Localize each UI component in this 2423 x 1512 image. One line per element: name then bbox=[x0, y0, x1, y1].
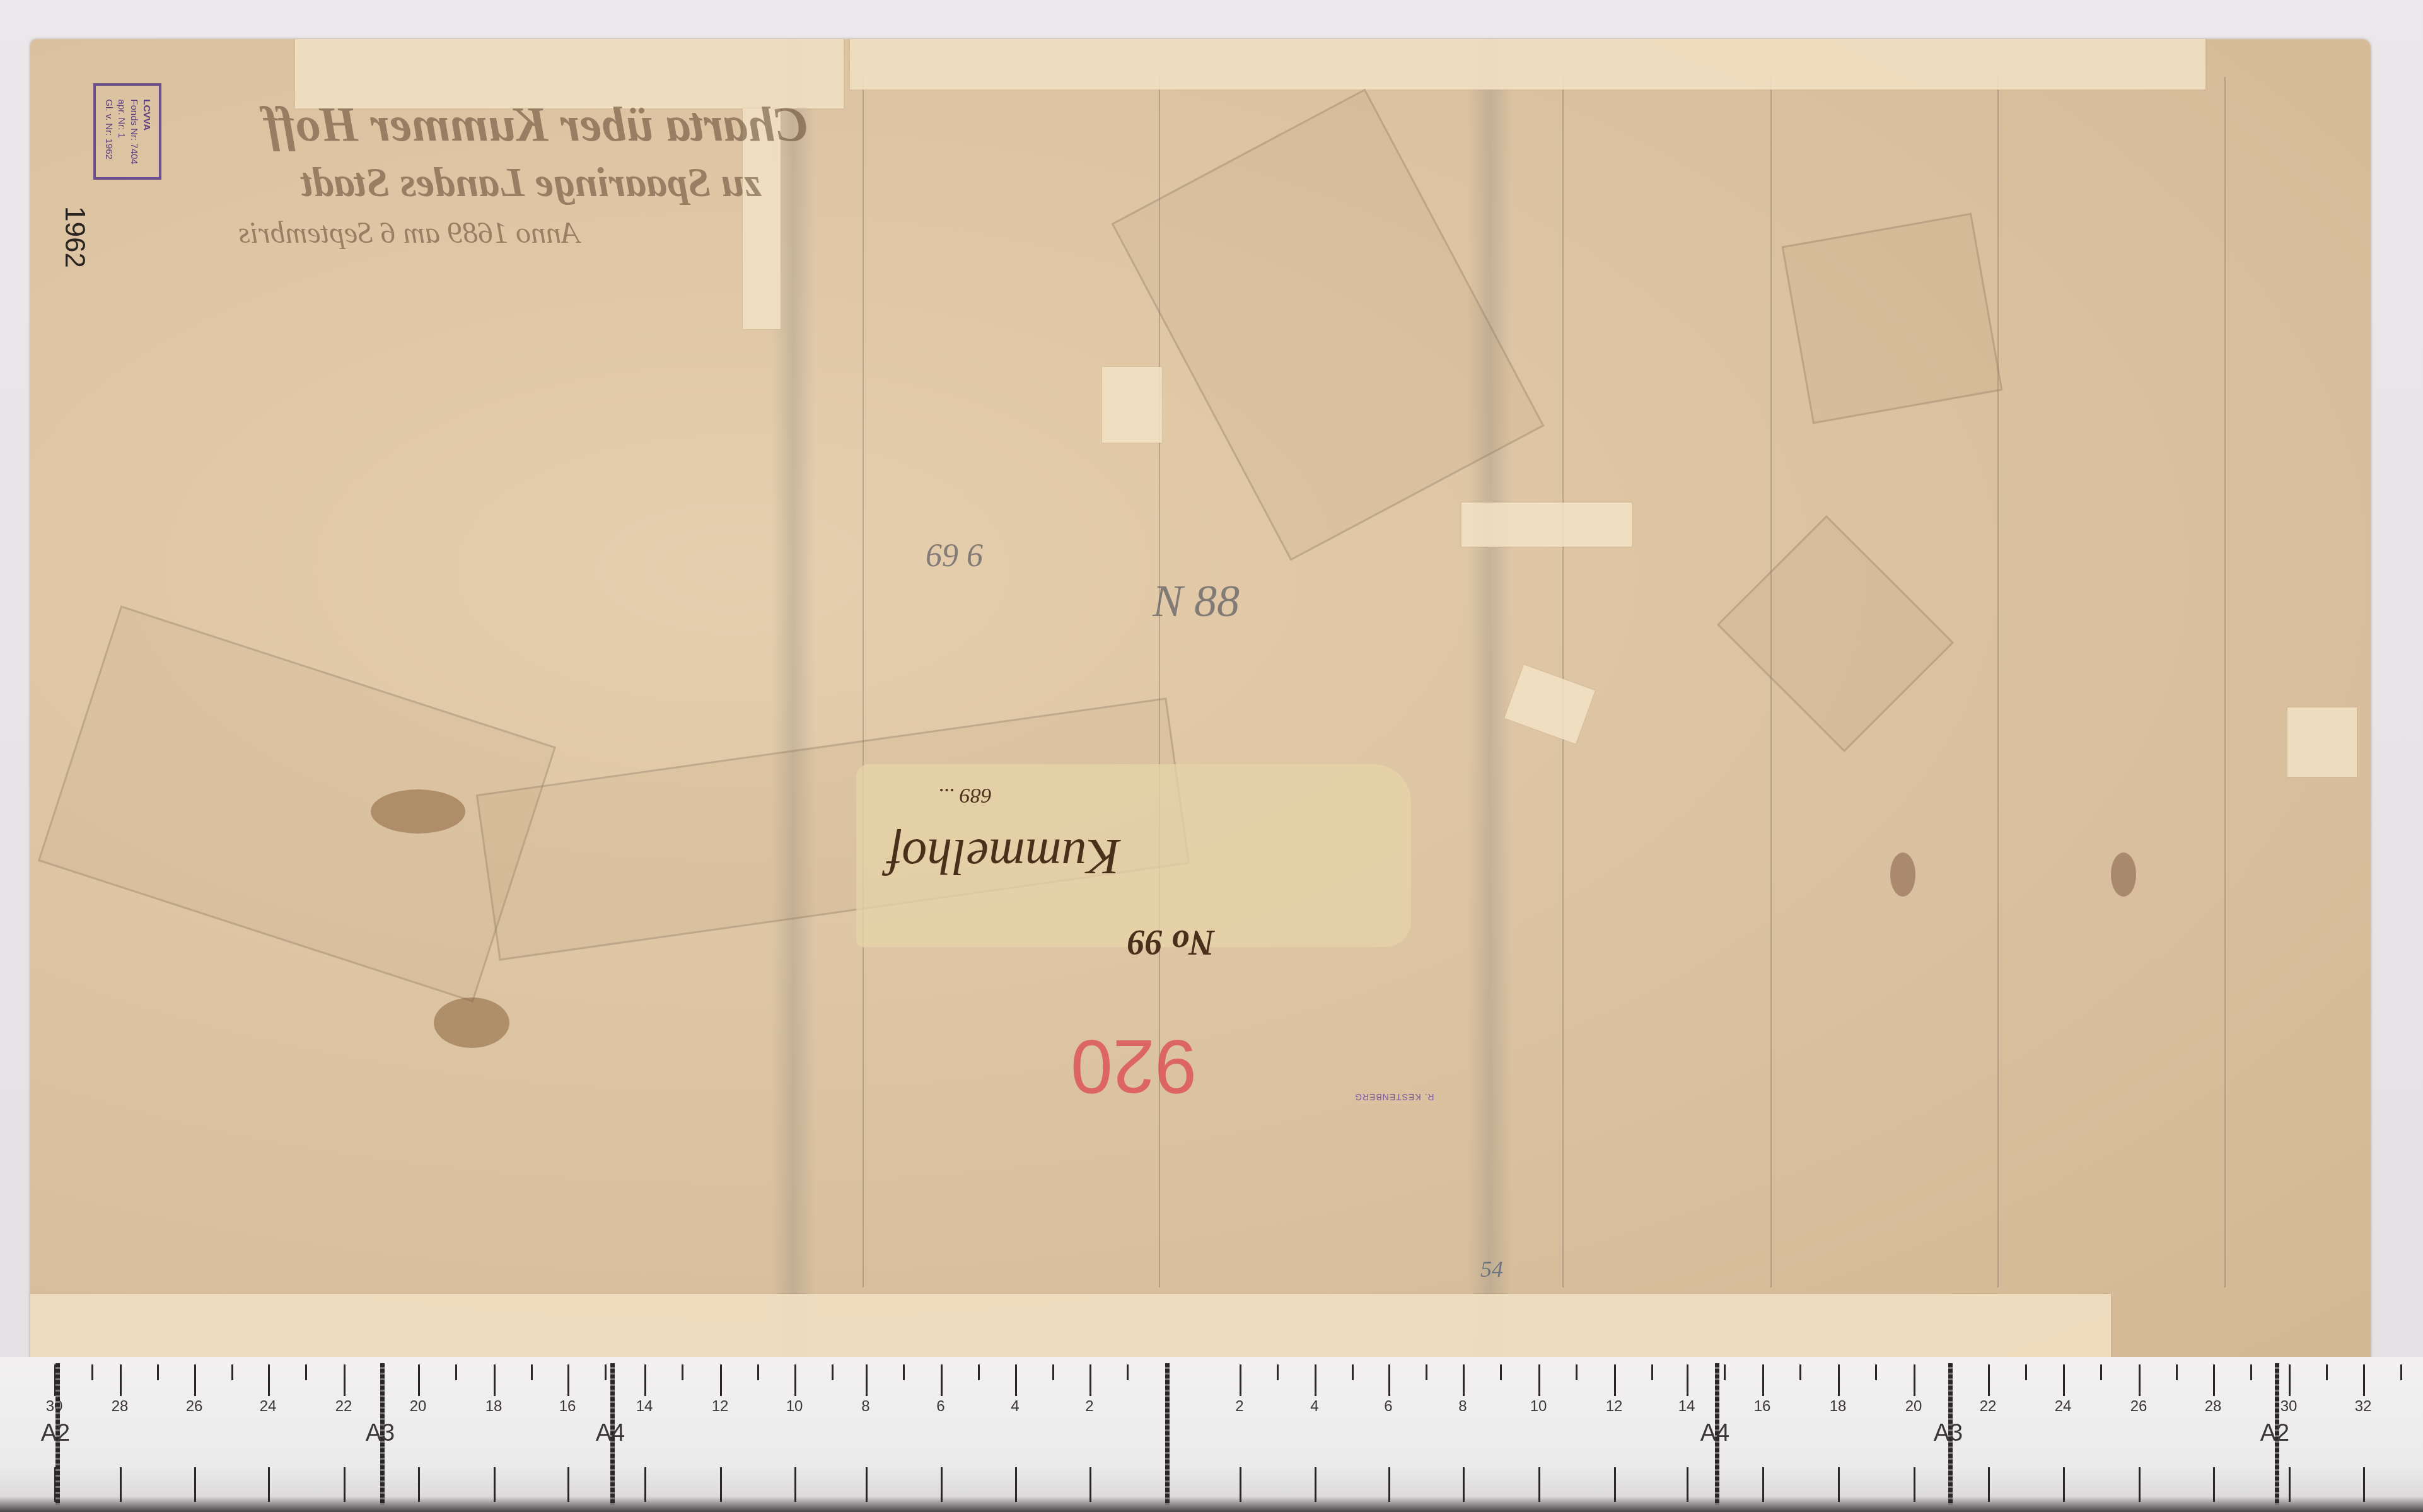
stain bbox=[2111, 852, 2136, 897]
paper-format-label: A4 bbox=[1700, 1420, 1729, 1447]
ruler-tick bbox=[1240, 1467, 1241, 1502]
ruler-tick bbox=[1687, 1467, 1688, 1502]
ruler-minor-tick bbox=[1799, 1364, 1801, 1380]
paper-format-label: A3 bbox=[366, 1420, 395, 1447]
ruler-minor-tick bbox=[231, 1364, 233, 1380]
ruler-tick bbox=[1914, 1467, 1915, 1502]
heading-line-1: Charta über Kummer Hoff bbox=[264, 96, 808, 153]
ruler-tick-label: 2 bbox=[1085, 1398, 1093, 1416]
ruler-tick bbox=[268, 1467, 270, 1502]
ruler-tick-label: 4 bbox=[1310, 1398, 1318, 1416]
map-parcel bbox=[1717, 515, 1954, 752]
ruler-tick bbox=[1089, 1467, 1091, 1502]
ruler-minor-tick bbox=[2250, 1364, 2252, 1380]
tape-strip bbox=[30, 1294, 2111, 1363]
ruler-tick bbox=[194, 1364, 196, 1396]
ruler-tick-label: 32 bbox=[2355, 1398, 2372, 1416]
label-main-text: Kummelhof bbox=[888, 827, 1120, 885]
ruler-tick bbox=[2213, 1364, 2215, 1396]
archive-number: 1962 bbox=[59, 206, 90, 268]
ruler-tick bbox=[418, 1467, 420, 1502]
ruler-minor-tick bbox=[2025, 1364, 2027, 1380]
ruler-minor-tick bbox=[978, 1364, 980, 1380]
ruler-tick-label: 2 bbox=[1235, 1398, 1243, 1416]
stamp-glv: Gl. v. Nr: 1962 bbox=[102, 99, 115, 164]
ruler-tick bbox=[344, 1364, 346, 1396]
ruler-tick bbox=[494, 1467, 496, 1502]
ruler-tick bbox=[1388, 1364, 1390, 1396]
ruler-tick bbox=[794, 1467, 796, 1502]
ruler-tick-label: 6 bbox=[936, 1398, 944, 1416]
document-sheet: LCVVA Fonds Nr: 7404 apr. Nr: 1 Gl. v. N… bbox=[30, 39, 2371, 1363]
fold-line bbox=[1468, 39, 1512, 1363]
ruler-tick bbox=[494, 1364, 496, 1396]
ruler-tick bbox=[720, 1467, 722, 1502]
ruler-tick bbox=[567, 1364, 569, 1396]
ruler-tick bbox=[1538, 1467, 1540, 1502]
ruler-minor-tick bbox=[305, 1364, 307, 1380]
ruler-minor-tick bbox=[682, 1364, 683, 1380]
ruler-tick bbox=[1015, 1467, 1017, 1502]
paper-format-label: A2 bbox=[41, 1420, 70, 1447]
ruler-tick bbox=[1315, 1364, 1316, 1396]
ruler-tick bbox=[1988, 1467, 1990, 1502]
ruler-tick bbox=[2063, 1467, 2065, 1502]
ruler-tick bbox=[2289, 1364, 2291, 1396]
ruler-tick bbox=[1914, 1364, 1915, 1396]
ruler-tick bbox=[2213, 1467, 2215, 1502]
tape-strip bbox=[850, 39, 2205, 90]
ruler-tick bbox=[1687, 1364, 1688, 1396]
ruler-tick bbox=[866, 1364, 868, 1396]
ruler-tick-label: 10 bbox=[1530, 1398, 1547, 1416]
ruler-tick bbox=[418, 1364, 420, 1396]
paper-format-label: A4 bbox=[596, 1420, 625, 1447]
ruler-tick bbox=[1838, 1364, 1840, 1396]
ruler-minor-tick bbox=[2176, 1364, 2178, 1380]
ruler-minor-tick bbox=[2100, 1364, 2102, 1380]
ruler-tick-label: 24 bbox=[260, 1398, 277, 1416]
ruler-tick bbox=[1614, 1467, 1616, 1502]
ruler-tick bbox=[1388, 1467, 1390, 1502]
ruler-minor-tick bbox=[2326, 1364, 2328, 1380]
ruler-tick bbox=[1015, 1364, 1017, 1396]
ruler-minor-tick bbox=[1426, 1364, 1427, 1380]
ruler-tick-label: 16 bbox=[559, 1398, 576, 1416]
measurement-ruler: 3028262422201816141210864224681012141618… bbox=[0, 1357, 2423, 1512]
ruler-tick bbox=[1762, 1364, 1764, 1396]
ruler-tick bbox=[1463, 1364, 1465, 1396]
ruler-tick-label: 8 bbox=[861, 1398, 869, 1416]
ruler-tick bbox=[268, 1364, 270, 1396]
heading-line-2: zu Spaaringe Landes Stadt bbox=[301, 159, 760, 207]
ruler-tick bbox=[1988, 1364, 1990, 1396]
ruler-tick-label: 18 bbox=[1830, 1398, 1847, 1416]
ruler-tick-label: 26 bbox=[2130, 1398, 2147, 1416]
ruler-tick-label: 24 bbox=[2055, 1398, 2072, 1416]
ruler-tick-label: 22 bbox=[1980, 1398, 1997, 1416]
ruler-minor-tick bbox=[1576, 1364, 1578, 1380]
stain bbox=[434, 997, 509, 1048]
ruler-minor-tick bbox=[157, 1364, 159, 1380]
ruler-tick bbox=[941, 1467, 943, 1502]
ruler-minor-tick bbox=[2400, 1364, 2402, 1380]
ruler-tick-label: 4 bbox=[1011, 1398, 1019, 1416]
ruler-minor-tick bbox=[531, 1364, 533, 1380]
ruler-tick-label: 30 bbox=[2281, 1398, 2298, 1416]
ruler-tick bbox=[1089, 1364, 1091, 1396]
heading-line-3: Anno 1689 am 6 Septembris bbox=[238, 216, 579, 250]
ruler-minor-tick bbox=[91, 1364, 93, 1380]
ruler-tick bbox=[1463, 1467, 1465, 1502]
ruler-minor-tick bbox=[1724, 1364, 1726, 1380]
paper-format-marker bbox=[1165, 1363, 1170, 1505]
ruler-tick bbox=[2363, 1364, 2365, 1396]
ruler-tick bbox=[720, 1364, 722, 1396]
ruler-tick bbox=[1762, 1467, 1764, 1502]
paper-format-label: A2 bbox=[2260, 1420, 2289, 1447]
tape-patch bbox=[1504, 665, 1595, 744]
label-sub-text: 689 ... bbox=[938, 783, 992, 807]
ruler-tick bbox=[941, 1364, 943, 1396]
ruler-tick bbox=[2363, 1467, 2365, 1502]
ruler-tick-label: 6 bbox=[1384, 1398, 1392, 1416]
ruler-tick-label: 14 bbox=[1678, 1398, 1695, 1416]
pencil-grid-line bbox=[863, 77, 864, 1288]
ruler-minor-tick bbox=[903, 1364, 905, 1380]
ruler-tick bbox=[1538, 1364, 1540, 1396]
tape-patch bbox=[2287, 707, 2357, 777]
pencil-grid-line bbox=[1770, 77, 1772, 1288]
ruler-minor-tick bbox=[1352, 1364, 1354, 1380]
ruler-tick bbox=[1315, 1467, 1316, 1502]
ruler-tick-label: 20 bbox=[410, 1398, 427, 1416]
paper-format-label: A3 bbox=[1934, 1420, 1963, 1447]
stamp-fonds: Fonds Nr: 7404 bbox=[127, 99, 140, 164]
ruler-tick bbox=[194, 1467, 196, 1502]
ruler-tick bbox=[1240, 1364, 1241, 1396]
ruler-tick-label: 10 bbox=[786, 1398, 803, 1416]
ruler-tick-label: 22 bbox=[335, 1398, 352, 1416]
ruler-tick bbox=[794, 1364, 796, 1396]
stain bbox=[1890, 852, 1915, 897]
ruler-tick bbox=[644, 1364, 646, 1396]
ruler-tick-label: 30 bbox=[46, 1398, 63, 1416]
small-purple-stamp: R. KESTENBERG bbox=[1354, 1092, 1434, 1102]
ruler-minor-tick bbox=[1651, 1364, 1653, 1380]
ruler-tick bbox=[2063, 1364, 2065, 1396]
ruler-tick bbox=[1838, 1467, 1840, 1502]
ruler-tick bbox=[120, 1467, 122, 1502]
ruler-tick bbox=[1614, 1364, 1616, 1396]
pencil-note-54: 54 bbox=[1480, 1256, 1503, 1282]
ruler-tick bbox=[344, 1467, 346, 1502]
ruler-minor-tick bbox=[832, 1364, 834, 1380]
pencil-note-n88: N 88 bbox=[1153, 575, 1240, 627]
ruler-tick-label: 20 bbox=[1905, 1398, 1922, 1416]
pencil-grid-line bbox=[1997, 77, 1999, 1288]
red-crayon-number: 920 bbox=[1071, 1023, 1197, 1110]
ruler-tick-label: 8 bbox=[1458, 1398, 1467, 1416]
stain bbox=[371, 789, 465, 834]
ruler-tick bbox=[2289, 1467, 2291, 1502]
ruler-minor-tick bbox=[1875, 1364, 1877, 1380]
pencil-note-69: 69 6 bbox=[926, 537, 983, 574]
archive-stamp: LCVVA Fonds Nr: 7404 apr. Nr: 1 Gl. v. N… bbox=[93, 83, 161, 180]
ruler-minor-tick bbox=[1500, 1364, 1502, 1380]
ruler-minor-tick bbox=[1052, 1364, 1054, 1380]
stamp-institution: LCVVA bbox=[140, 99, 153, 164]
ruler-tick-label: 18 bbox=[485, 1398, 503, 1416]
tape-patch bbox=[1102, 367, 1162, 443]
ruler-minor-tick bbox=[757, 1364, 759, 1380]
ruler-tick-label: 14 bbox=[636, 1398, 653, 1416]
ruler-tick-label: 12 bbox=[712, 1398, 729, 1416]
ruler-minor-tick bbox=[455, 1364, 457, 1380]
pencil-grid-line bbox=[2224, 77, 2226, 1288]
ruler-tick-label: 16 bbox=[1754, 1398, 1771, 1416]
ruler-minor-tick bbox=[605, 1364, 607, 1380]
map-parcel bbox=[1781, 213, 2002, 424]
ruler-tick bbox=[2139, 1467, 2141, 1502]
ruler-tick bbox=[2139, 1364, 2141, 1396]
ruler-tick-label: 12 bbox=[1606, 1398, 1623, 1416]
ruler-tick bbox=[866, 1467, 868, 1502]
ruler-minor-tick bbox=[1277, 1364, 1279, 1380]
stamp-apr: apr. Nr: 1 bbox=[115, 99, 127, 164]
ruler-minor-tick bbox=[1127, 1364, 1129, 1380]
label-number: No 99 bbox=[1127, 922, 1214, 962]
ruler-tick bbox=[120, 1364, 122, 1396]
ruler-tick-label: 28 bbox=[112, 1398, 129, 1416]
ruler-tick-label: 28 bbox=[2205, 1398, 2222, 1416]
ruler-tick bbox=[644, 1467, 646, 1502]
ruler-tick bbox=[567, 1467, 569, 1502]
ruler-tick-label: 26 bbox=[186, 1398, 203, 1416]
tape-patch bbox=[1461, 503, 1632, 547]
